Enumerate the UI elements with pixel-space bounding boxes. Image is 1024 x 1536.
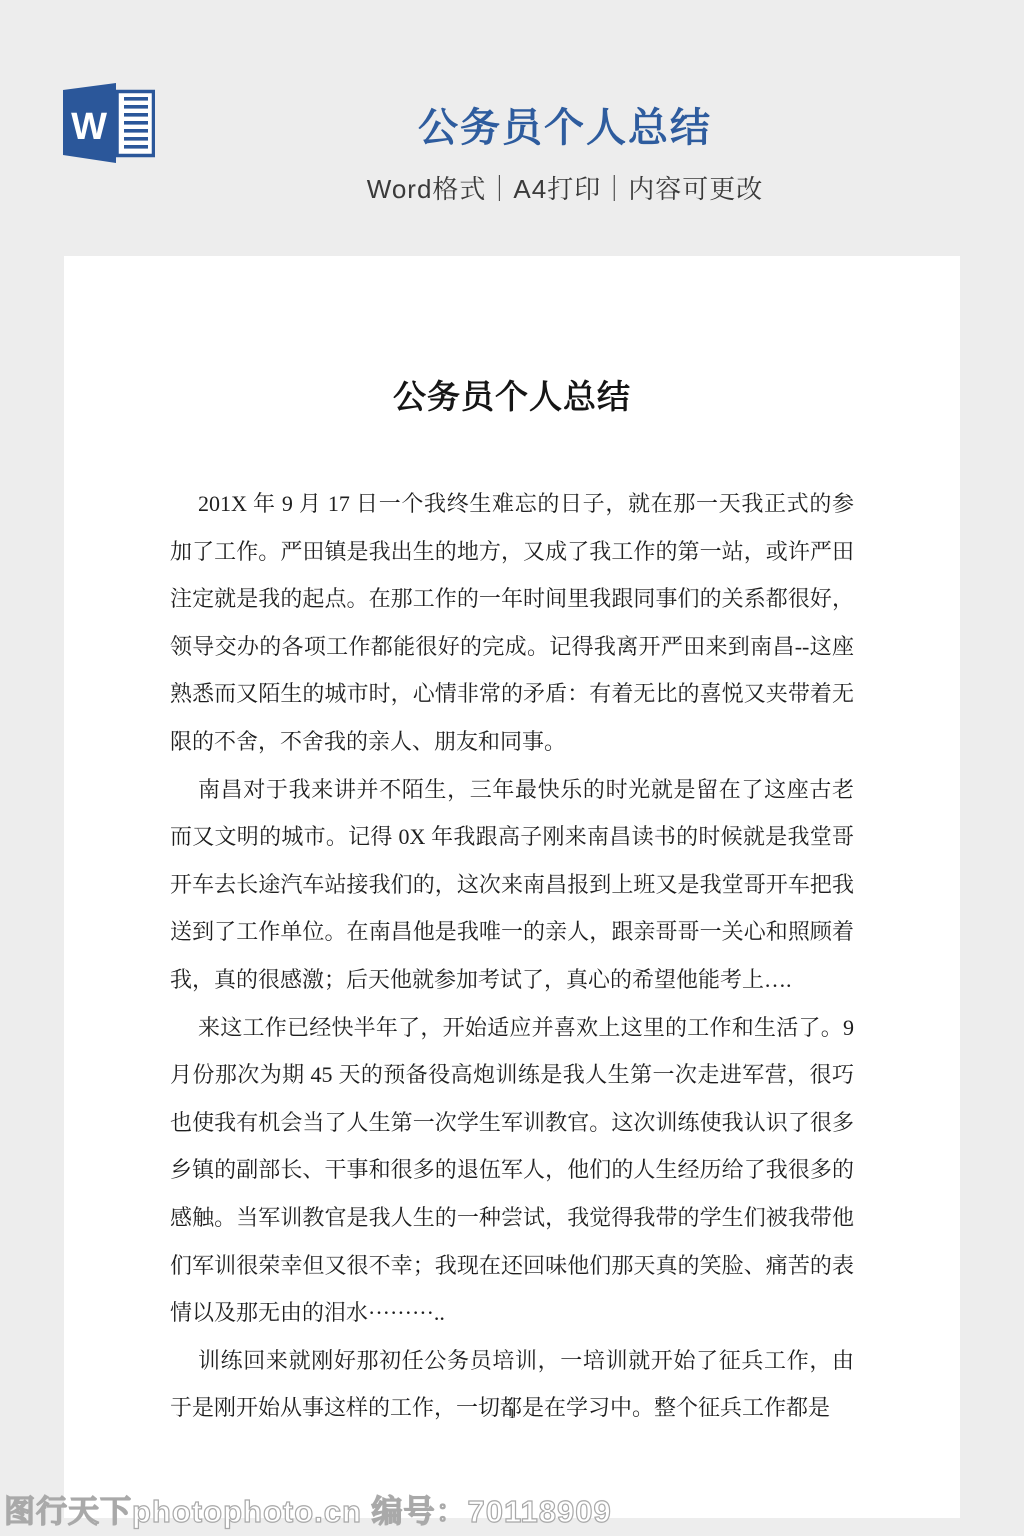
template-header: 公务员个人总结 Word格式｜A4打印｜内容可更改 bbox=[367, 96, 763, 206]
template-title: 公务员个人总结 bbox=[367, 96, 763, 153]
paragraph: 来这工作已经快半年了，开始适应并喜欢上这里的工作和生活了。9 月份那次为期 45… bbox=[170, 1004, 854, 1337]
document-page: 公务员个人总结 201X 年 9 月 17 日一个我终生难忘的日子，就在那一天我… bbox=[64, 256, 960, 1518]
template-subtitle: Word格式｜A4打印｜内容可更改 bbox=[367, 169, 763, 206]
word-icon-svg: W bbox=[63, 83, 155, 165]
document-title: 公务员个人总结 bbox=[64, 371, 960, 418]
page-number: 1 bbox=[64, 1406, 960, 1423]
paragraph: 201X 年 9 月 17 日一个我终生难忘的日子，就在那一天我正式的参加了工作… bbox=[170, 480, 854, 766]
paragraph: 南昌对于我来讲并不陌生，三年最快乐的时光就是留在了这座古老而又文明的城市。记得 … bbox=[170, 766, 854, 1004]
word-icon: W bbox=[63, 83, 155, 165]
document-body: 201X 年 9 月 17 日一个我终生难忘的日子，就在那一天我正式的参加了工作… bbox=[170, 480, 854, 1432]
site-watermark: 图行天下photophoto.cn 编号：70118909 bbox=[4, 1486, 612, 1531]
svg-text:W: W bbox=[71, 106, 107, 148]
